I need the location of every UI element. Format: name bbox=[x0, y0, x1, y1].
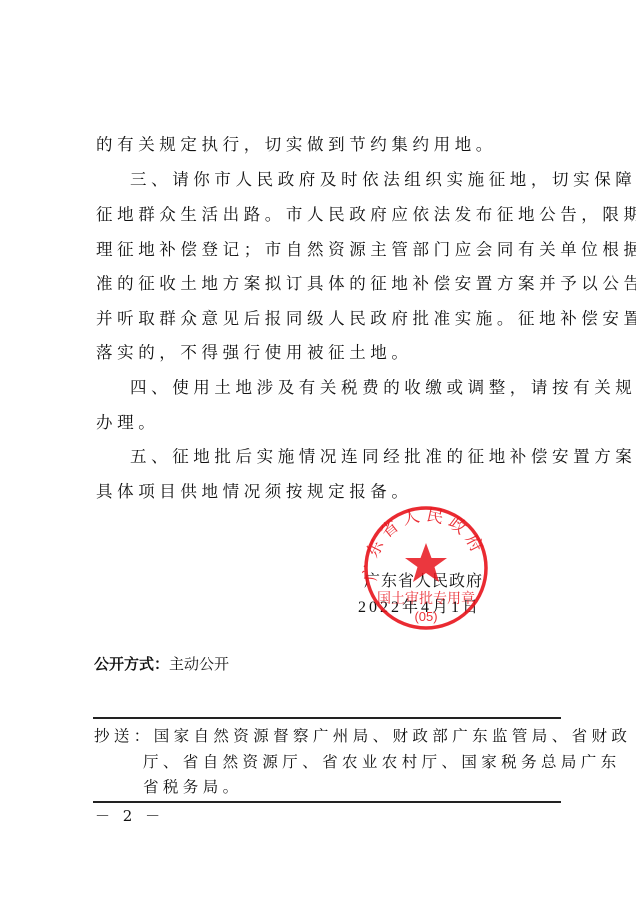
cc-line-1: 抄送：国家自然资源督察广州局、财政部广东监管局、省财政 bbox=[94, 726, 631, 746]
body-line: 征地群众生活出路。市人民政府应依法发布征地公告，限期办 bbox=[96, 205, 566, 225]
cc-top-rule bbox=[93, 717, 561, 719]
body-line: 的有关规定执行，切实做到节约集约用地。 bbox=[96, 135, 566, 155]
body-line: 具体项目供地情况须按规定报备。 bbox=[96, 482, 566, 502]
body-line: 五、征地批后实施情况连同经批准的征地补偿安置方案和 bbox=[130, 447, 600, 467]
body-line: 并听取群众意见后报同级人民政府批准实施。征地补偿安置不 bbox=[96, 309, 566, 329]
body-line: 三、请你市人民政府及时依法组织实施征地，切实保障被 bbox=[130, 170, 600, 190]
cc-label: 抄送： bbox=[94, 727, 154, 745]
cc-recipients: 省税务局。 bbox=[143, 777, 243, 797]
disclosure-label: 公开方式： bbox=[94, 655, 169, 673]
svg-text:广东省人民政府: 广东省人民政府 bbox=[362, 505, 489, 581]
body-line: 落实的，不得强行使用被征土地。 bbox=[96, 343, 566, 363]
disclosure-method: 公开方式：主动公开 bbox=[94, 653, 229, 674]
issue-date: 2022年4月1日 bbox=[358, 598, 481, 618]
cc-bottom-rule bbox=[93, 801, 561, 803]
cc-recipients: 国家自然资源督察广州局、财政部广东监管局、省财政 bbox=[154, 727, 632, 745]
issuer-name: 广东省人民政府 bbox=[364, 572, 483, 592]
document-page: 的有关规定执行，切实做到节约集约用地。 三、请你市人民政府及时依法组织实施征地，… bbox=[0, 0, 636, 900]
page-number: － 2 － bbox=[95, 805, 164, 826]
body-line: 理征地补偿登记；市自然资源主管部门应会同有关单位根据批 bbox=[96, 240, 566, 260]
cc-recipients: 厅、省自然资源厅、省农业农村厅、国家税务总局广东 bbox=[143, 752, 621, 772]
disclosure-value: 主动公开 bbox=[169, 655, 229, 673]
body-line: 准的征收土地方案拟订具体的征地补偿安置方案并予以公告， bbox=[96, 274, 566, 294]
body-line: 办理。 bbox=[96, 413, 566, 433]
body-line: 四、使用土地涉及有关税费的收缴或调整，请按有关规定 bbox=[130, 378, 600, 398]
